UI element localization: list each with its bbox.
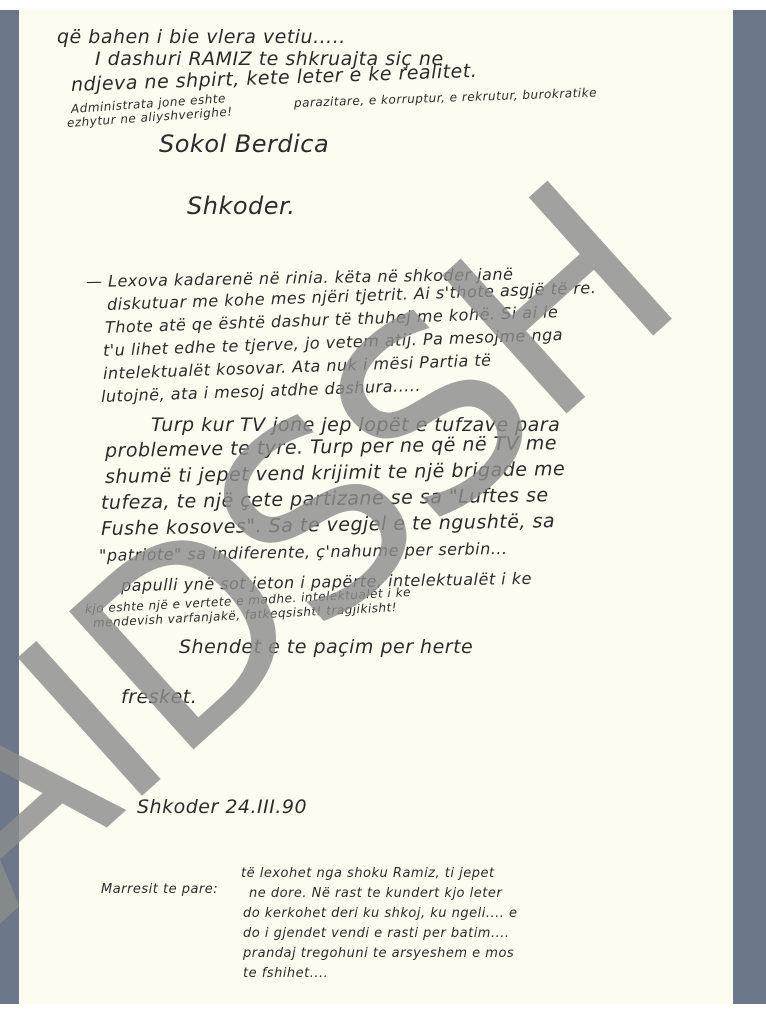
body-line: "patriote" sa indiferente, ç'nahume per …: [99, 539, 508, 565]
footnote-line: ne dore. Në rast te kundert kjo leter: [249, 886, 502, 901]
closing-line: Shendet e te paçim per herte: [179, 636, 473, 658]
body-line: tufeza, te një çete partizane se sa "Luf…: [101, 484, 549, 514]
footnote-line: te fshihet....: [243, 966, 328, 981]
letter-page: që bahen i bie vlera vetiu..... I dashur…: [19, 10, 733, 1004]
date-line: Shkoder 24.III.90: [137, 796, 307, 818]
footnote-line: prandaj tregohuni te arsyeshem e mos: [243, 946, 514, 961]
letter-line-4: parazitare, e korruptur, e rekrutur, bur…: [294, 85, 597, 110]
footnote-line: do kerkohet deri ku shkoj, ku ngeli.... …: [243, 906, 518, 921]
place-heading: Shkoder.: [187, 192, 295, 220]
signature: Sokol Berdica: [159, 130, 329, 158]
body-line: problemeve te tyre. Turp per ne që në TV…: [105, 432, 557, 462]
letter-line-1: që bahen i bie vlera vetiu.....: [57, 26, 346, 48]
body-line: shumë ti jepet vend krijimit te një brig…: [105, 458, 566, 488]
footnote-line: do i gjendet vendi e rasti per batim....: [243, 926, 510, 941]
footnote-label: Marresit te pare:: [101, 882, 218, 897]
closing-line: fresket.: [121, 686, 197, 708]
footnote-line: të lexohet nga shoku Ramiz, ti jepet: [241, 866, 495, 881]
body-line: Fushe kosoves". Sa te vegjel e te ngusht…: [101, 510, 555, 540]
